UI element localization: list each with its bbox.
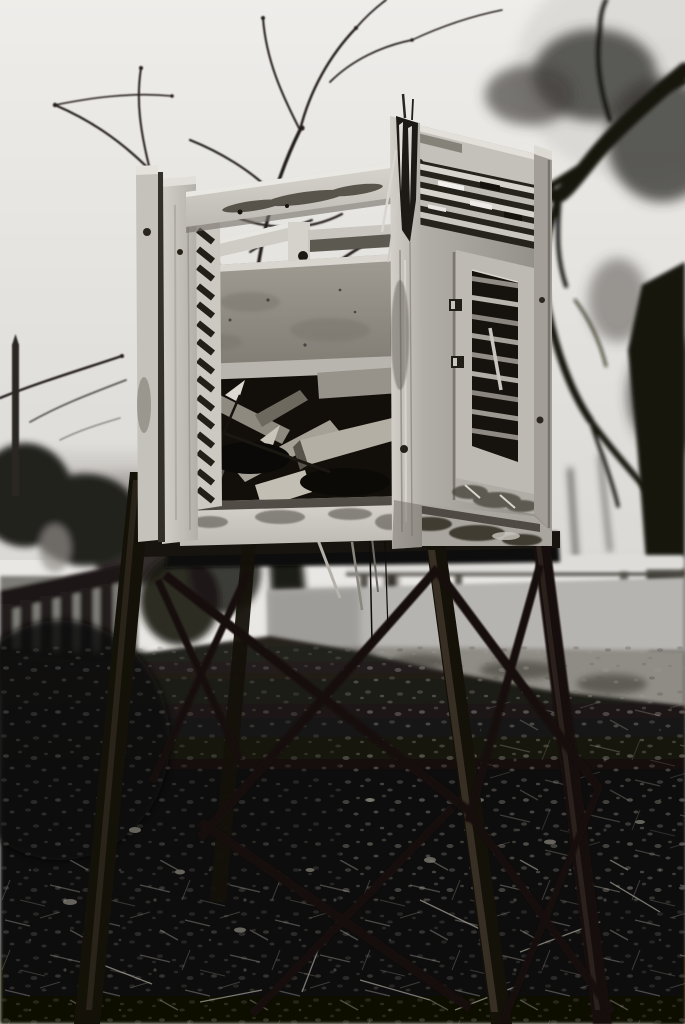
louvered-door xyxy=(449,250,538,514)
stake-knot xyxy=(143,228,151,236)
post-knot xyxy=(177,249,183,255)
post-base-grime xyxy=(392,500,422,549)
rail-bracket xyxy=(288,222,310,266)
fence-stake xyxy=(12,334,19,496)
photo-frame xyxy=(0,0,685,1024)
guardrail-shadow-line xyxy=(346,572,685,576)
corner-post-left xyxy=(160,183,198,544)
hinge xyxy=(451,356,464,368)
post-knot xyxy=(400,445,408,453)
front-stake xyxy=(136,171,158,542)
stake-stain xyxy=(137,377,151,433)
splinter-spike xyxy=(412,99,413,120)
post-stain xyxy=(391,280,409,390)
stake-top-cap xyxy=(136,165,158,175)
hinge xyxy=(449,299,462,311)
bush-gap xyxy=(39,524,71,572)
photo-canvas xyxy=(0,0,685,1024)
